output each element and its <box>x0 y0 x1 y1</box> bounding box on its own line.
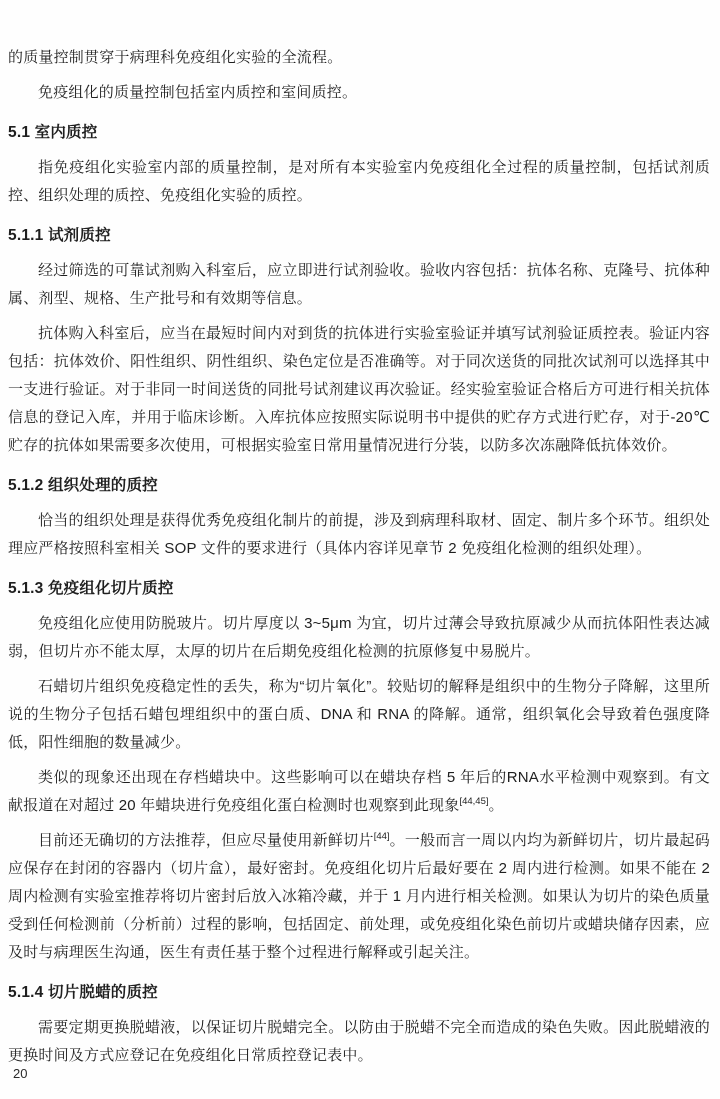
paragraph-text-segment: 类似的现象还出现在存档蜡块中。这些影响可以在蜡块存档 5 年后的RNA水平检测中… <box>8 769 710 814</box>
heading-5-1: 5.1 室内质控 <box>8 119 710 147</box>
paragraph-5-1-4-dewaxing: 需要定期更换脱蜡液，以保证切片脱蜡完全。以防由于脱蜡不完全而造成的染色失败。因此… <box>8 1014 710 1070</box>
document-body: 的质量控制贯穿于病理科免疫组化实验的全流程。 免疫组化的质量控制包括室内质控和室… <box>8 44 710 1070</box>
paragraph-5-1-1-reagent-acceptance: 经过筛选的可靠试剂购入科室后，应立即进行试剂验收。验收内容包括：抗体名称、克隆号… <box>8 257 710 313</box>
paragraph-text-segment: 。一般而言一周以内均为新鲜切片，切片最起码应保存在封闭的容器内（切片盒），最好密… <box>8 832 710 961</box>
paragraph-overview: 免疫组化的质量控制包括室内质控和室间质控。 <box>8 79 710 107</box>
paragraph-5-1-2-tissue-processing: 恰当的组织处理是获得优秀免疫组化制片的前提，涉及到病理科取材、固定、制片多个环节… <box>8 507 710 563</box>
paragraph-5-1-3-fresh-slides: 目前还无确切的方法推荐，但应尽量使用新鲜切片[44]。一般而言一周以内均为新鲜切… <box>8 827 710 967</box>
heading-5-1-3: 5.1.3 免疫组化切片质控 <box>8 575 710 603</box>
paragraph-5-1: 指免疫组化实验室内部的质量控制，是对所有本实验室内免疫组化全过程的质量控制，包括… <box>8 154 710 210</box>
citation-reference-44-45: [44,45] <box>459 796 488 807</box>
heading-5-1-1: 5.1.1 试剂质控 <box>8 222 710 250</box>
page-number: 20 <box>13 1066 27 1081</box>
paragraph-5-1-3-slide-thickness: 免疫组化应使用防脱玻片。切片厚度以 3~5μm 为宜，切片过薄会导致抗原减少从而… <box>8 610 710 666</box>
heading-5-1-2: 5.1.2 组织处理的质控 <box>8 472 710 500</box>
heading-5-1-4: 5.1.4 切片脱蜡的质控 <box>8 979 710 1007</box>
paragraph-5-1-1-antibody-verification: 抗体购入科室后，应当在最短时间内对到货的抗体进行实验室验证并填写试剂验证质控表。… <box>8 320 710 460</box>
paragraph-5-1-3-slide-oxidation: 石蜡切片组织免疫稳定性的丢失，称为“切片氧化”。较贴切的解释是组织中的生物分子降… <box>8 673 710 757</box>
paragraph-5-1-3-archived-blocks: 类似的现象还出现在存档蜡块中。这些影响可以在蜡块存档 5 年后的RNA水平检测中… <box>8 764 710 820</box>
document-page: 的质量控制贯穿于病理科免疫组化实验的全流程。 免疫组化的质量控制包括室内质控和室… <box>0 0 720 1099</box>
paragraph-text-segment: 目前还无确切的方法推荐，但应尽量使用新鲜切片 <box>38 832 374 849</box>
paragraph-intro-continuation: 的质量控制贯穿于病理科免疫组化实验的全流程。 <box>8 44 710 72</box>
citation-reference-44: [44] <box>374 831 390 842</box>
paragraph-text-segment: 。 <box>489 797 504 814</box>
